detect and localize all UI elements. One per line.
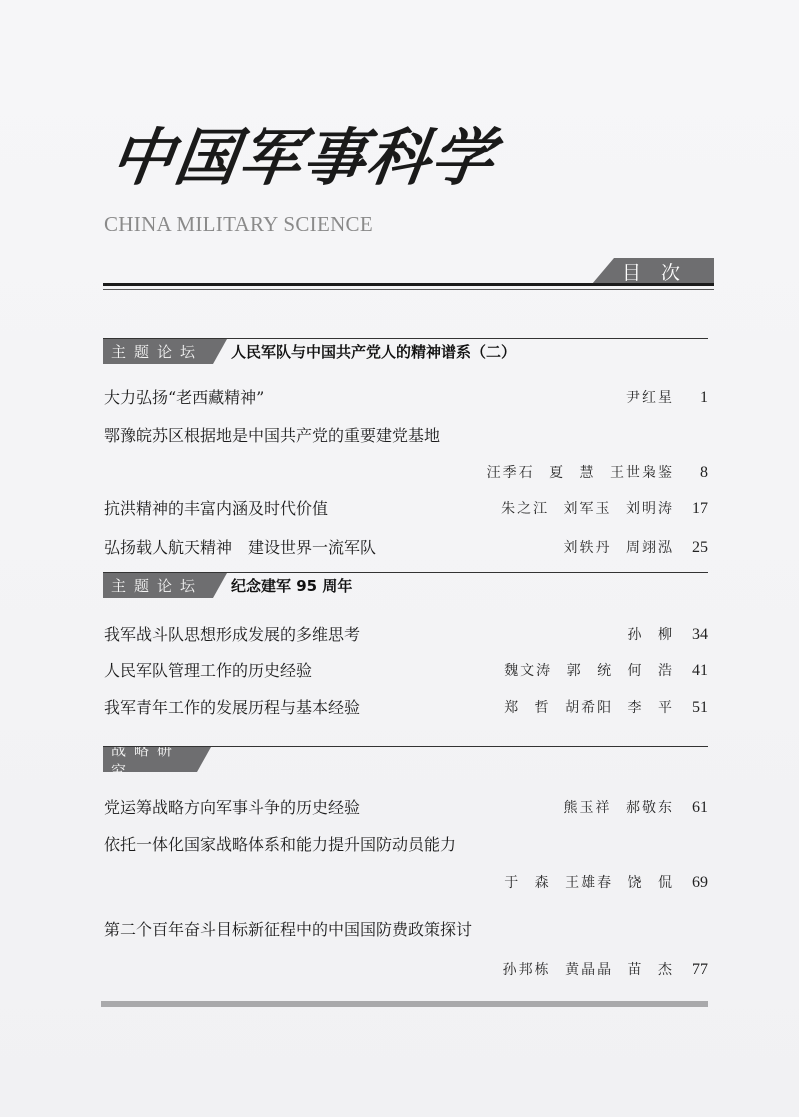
footer-rule	[101, 1001, 708, 1007]
article-page-number[interactable]: 41	[674, 662, 708, 680]
article-meta: 郑 哲 胡希阳 李 平 51	[504, 697, 708, 717]
section-rule	[103, 746, 708, 747]
article-page-number[interactable]: 34	[674, 626, 708, 644]
article-meta: 尹红星 1	[626, 387, 708, 407]
article-title[interactable]: 大力弘扬“老西藏精神”	[104, 385, 264, 408]
toc-label: 目次	[592, 258, 714, 284]
article-meta: 孙 柳 34	[628, 624, 708, 644]
section-tag: 主题论坛	[103, 573, 227, 598]
article-page-number[interactable]: 51	[674, 699, 708, 717]
article-authors: 于 森 王雄春 饶 侃	[504, 872, 674, 892]
article-meta: 朱之江 刘军玉 刘明涛 17	[501, 498, 708, 518]
article-authors: 郑 哲 胡希阳 李 平	[504, 697, 674, 717]
article-title[interactable]: 我军战斗队思想形成发展的多维思考	[104, 622, 360, 645]
article-title[interactable]: 党运筹战略方向军事斗争的历史经验	[104, 795, 360, 818]
article-authors: 孙 柳	[628, 624, 674, 644]
article-meta: 刘轶丹 周翊泓 25	[564, 537, 708, 557]
section-header-1: 主题论坛 人民军队与中国共产党人的精神谱系（二）	[103, 338, 708, 364]
section-rule	[103, 572, 708, 573]
article-title[interactable]: 依托一体化国家战略体系和能力提升国防动员能力	[104, 832, 456, 855]
article-meta: 孙邦栋 黄晶晶 苗 杰 77	[503, 959, 708, 979]
article-authors: 刘轶丹 周翊泓	[564, 537, 674, 557]
journal-contents-page: 中国军事科学 CHINA MILITARY SCIENCE 目次 主题论坛 人民…	[0, 0, 799, 1117]
article-authors: 魏文涛 郭 统 何 浩	[504, 660, 674, 680]
section-subtitle: 人民军队与中国共产党人的精神谱系（二）	[231, 341, 516, 362]
article-page-number[interactable]: 77	[674, 961, 708, 979]
section-header-2: 主题论坛 纪念建军 95 周年	[103, 572, 708, 598]
article-meta: 魏文涛 郭 统 何 浩 41	[504, 660, 708, 680]
section-tag: 战略研究	[103, 747, 211, 772]
masthead-title-en: CHINA MILITARY SCIENCE	[104, 212, 373, 237]
article-title[interactable]: 我军青年工作的发展历程与基本经验	[104, 695, 360, 718]
article-meta: 于 森 王雄春 饶 侃 69	[504, 872, 708, 892]
header-rule-thin	[103, 289, 714, 290]
article-title[interactable]: 鄂豫皖苏区根据地是中国共产党的重要建党基地	[104, 423, 440, 446]
section-tag: 主题论坛	[103, 339, 227, 364]
article-page-number[interactable]: 61	[674, 799, 708, 817]
article-authors: 尹红星	[626, 387, 674, 407]
article-page-number[interactable]: 8	[674, 464, 708, 482]
article-title[interactable]: 抗洪精神的丰富内涵及时代价值	[104, 496, 328, 519]
article-title[interactable]: 第二个百年奋斗目标新征程中的中国国防费政策探讨	[104, 917, 472, 940]
section-subtitle: 纪念建军 95 周年	[231, 575, 352, 596]
article-page-number[interactable]: 25	[674, 539, 708, 557]
article-page-number[interactable]: 17	[674, 500, 708, 518]
article-title[interactable]: 人民军队管理工作的历史经验	[104, 658, 312, 681]
article-authors: 汪季石 夏 慧 王世枭鉴	[487, 462, 674, 482]
article-authors: 熊玉祥 郝敬东	[564, 797, 674, 817]
article-authors: 朱之江 刘军玉 刘明涛	[501, 498, 674, 518]
article-page-number[interactable]: 1	[674, 389, 708, 407]
article-meta: 汪季石 夏 慧 王世枭鉴 8	[487, 462, 708, 482]
article-meta: 熊玉祥 郝敬东 61	[564, 797, 708, 817]
article-title[interactable]: 弘扬载人航天精神 建设世界一流军队	[104, 535, 376, 558]
article-authors: 孙邦栋 黄晶晶 苗 杰	[503, 959, 674, 979]
masthead-title-cn: 中国军事科学	[106, 108, 503, 197]
section-header-3: 战略研究	[103, 746, 708, 772]
section-rule	[103, 338, 708, 339]
article-page-number[interactable]: 69	[674, 874, 708, 892]
header-rule-thick	[103, 283, 714, 286]
